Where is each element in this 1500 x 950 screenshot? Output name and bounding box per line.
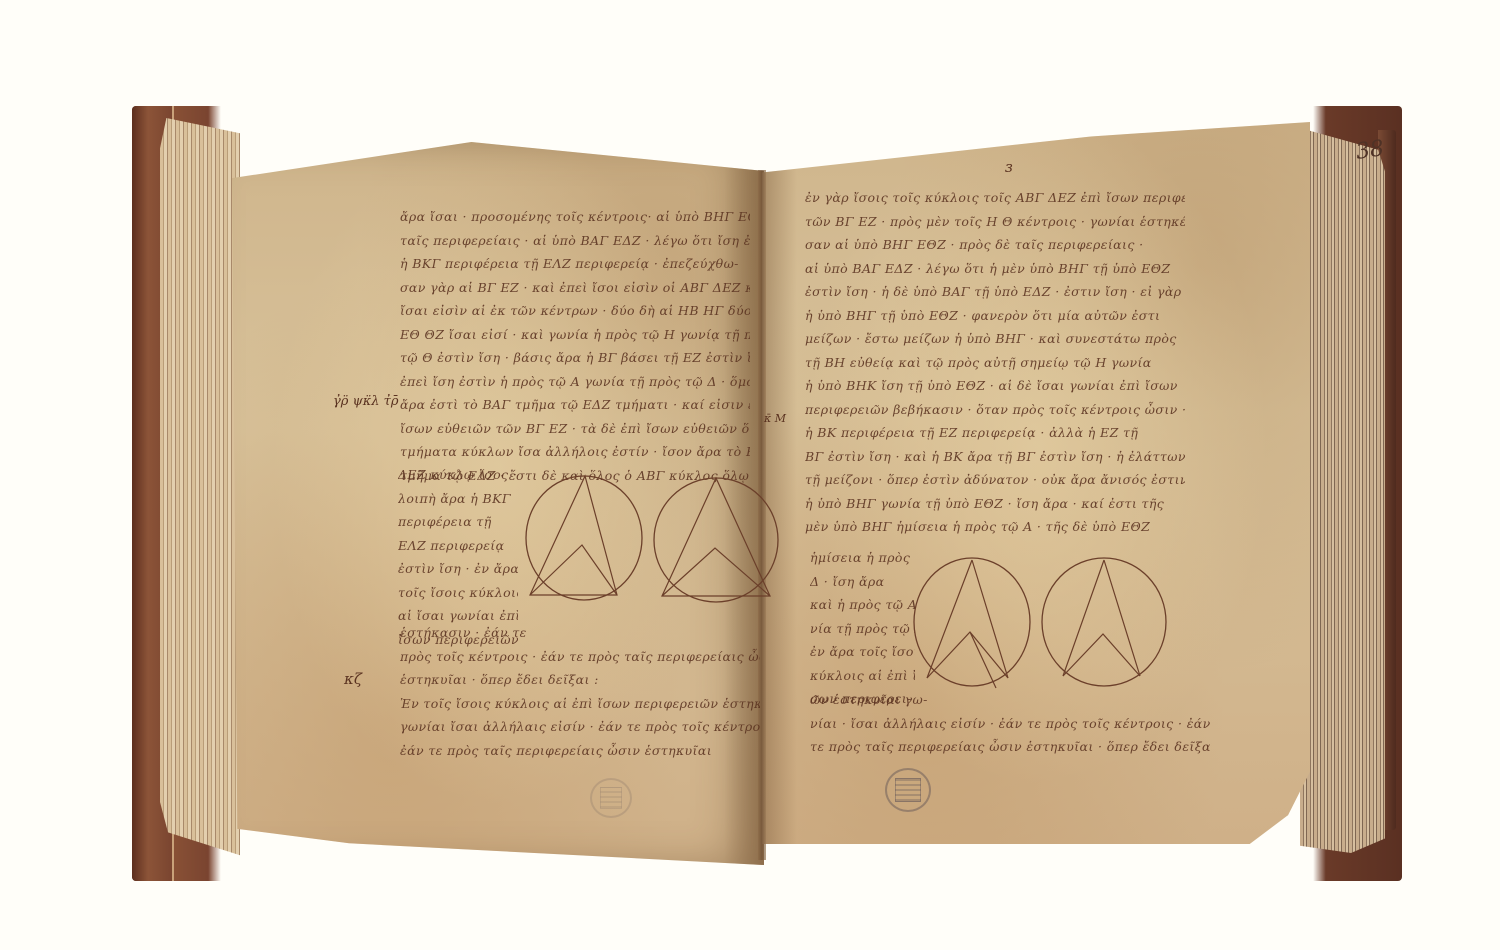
- text-line: ΒΓ ἐστὶν ἴση · καὶ ἡ ΒΚ ἄρα τῇ ΒΓ ἐστὶν …: [805, 445, 1185, 469]
- right-text-top: ἐν γὰρ ἴσοις τοῖς κύκλοις τοῖς ΑΒΓ ΔΕΖ ἐ…: [805, 186, 1185, 539]
- left-diagram-1: [522, 470, 647, 605]
- text-line: μὲν ὑπὸ ΒΗΓ ἡμίσεια ἡ πρὸς τῷ Α · τῆς δὲ…: [805, 515, 1185, 539]
- text-line: τε πρὸς ταῖς περιφερείαις ὦσιν ἑστηκυῖαι…: [810, 735, 1210, 759]
- right-text-narrow: ἡμίσεια ἡ πρὸς τῷ Δ · ἴση ἄρα καὶ ἡ πρὸς…: [810, 546, 915, 711]
- text-line: μείζων · ἔστω μείζων ἡ ὑπὸ ΒΗΓ · καὶ συν…: [805, 327, 1185, 351]
- text-line: τμήματα κύκλων ἴσα ἀλλήλοις ἐστίν · ἴσον…: [400, 440, 750, 464]
- text-line: Ἐν τοῖς ἴσοις κύκλοις αἱ ἐπὶ ἴσων περιφε…: [400, 692, 760, 716]
- text-line: λοιπὴ ἄρα ἡ ΒΚΓ: [398, 487, 518, 511]
- text-line: ἡ ΒΚ περιφέρεια τῇ ΕΖ περιφερείᾳ · ἀλλὰ …: [805, 421, 1185, 445]
- text-line: ἐν ἄρα τοῖς ἴσοις: [810, 640, 915, 664]
- text-line: ΕΘ ΘΖ ἴσαι εἰσί · καὶ γωνία ἡ πρὸς τῷ Η …: [400, 323, 750, 347]
- manuscript-photo: ἄρα ἴσαι · προσομένης τοῖς κέντροις· αἱ …: [0, 0, 1500, 950]
- text-line: ἐστὶν ἴση · ἡ δὲ ὑπὸ ΒΑΓ τῇ ὑπὸ ΕΔΖ · ἐσ…: [805, 280, 1185, 304]
- left-text-bottom: ἑστήκασιν · ἐάν τε πρὸς τοῖς κέντροις · …: [400, 621, 760, 762]
- text-line: ἡμίσεια ἡ πρὸς τῷ: [810, 546, 915, 570]
- text-line: ταῖς περιφερείαις · αἱ ὑπὸ ΒΑΓ ΕΔΖ · λέγ…: [400, 229, 750, 253]
- text-line: νία τῇ πρὸς τῷ Δ ·: [810, 617, 915, 641]
- left-text-top: ἄρα ἴσαι · προσομένης τοῖς κέντροις· αἱ …: [400, 205, 750, 487]
- text-line: αἱ ὑπὸ ΒΑΓ ΕΔΖ · λέγω ὅτι ἡ μὲν ὑπὸ ΒΗΓ …: [805, 257, 1185, 281]
- text-line: ἐστὶν ἴση · ἐν ἄρα: [398, 557, 518, 581]
- text-line: γωνίαι ἴσαι ἀλλήλαις εἰσίν · ἐάν τε πρὸς…: [400, 715, 760, 739]
- top-mark: ɜ: [1005, 158, 1013, 176]
- text-line: ἑστήκασιν · ἐάν τε: [400, 621, 760, 645]
- text-line: καὶ ἡ πρὸς τῷ Α γω-: [810, 593, 915, 617]
- text-line: ῶν ἑστηκυῖαι γω-: [810, 688, 1210, 712]
- page-edges-left: [160, 118, 240, 878]
- text-line: κύκλοις αἱ ἐπὶ ἴ-: [810, 664, 915, 688]
- text-line: ἄρα ἐστὶ τὸ ΒΑΓ τμῆμα τῷ ΕΔΖ τμήματι · κ…: [400, 393, 750, 417]
- text-line: πρὸς τοῖς κέντροις · ἐάν τε πρὸς ταῖς πε…: [400, 645, 760, 669]
- text-line: ΕΛΖ περιφερείᾳ: [398, 534, 518, 558]
- left-diagram-2: [652, 472, 780, 607]
- text-line: τοῖς ἴσοις κύκλοις: [398, 581, 518, 605]
- text-line: ἐάν τε πρὸς ταῖς περιφερείαις ὦσιν ἑστηκ…: [400, 739, 760, 763]
- faded-stamp-icon: [590, 778, 632, 818]
- proposition-number: κζ: [344, 670, 362, 688]
- text-line: τῷ Θ ἐστὶν ἴση · βάσις ἄρα ἡ ΒΓ βάσει τῇ…: [400, 346, 750, 370]
- text-line: ἴσων εὐθειῶν τῶν ΒΓ ΕΖ · τὰ δὲ ἐπὶ ἴσων …: [400, 417, 750, 441]
- folio-number: 38: [1354, 136, 1385, 165]
- text-line: σαν αἱ ὑπὸ ΒΗΓ ΕΘΖ · πρὸς δὲ ταῖς περιφε…: [805, 233, 1185, 257]
- text-line: περιφέρεια τῇ: [398, 510, 518, 534]
- text-line: περιφερειῶν βεβήκασιν · ὅταν πρὸς τοῖς κ…: [805, 398, 1185, 422]
- library-stamp-icon: [885, 768, 931, 812]
- text-line: ἐν γὰρ ἴσοις τοῖς κύκλοις τοῖς ΑΒΓ ΔΕΖ ἐ…: [805, 186, 1185, 210]
- right-diagram-1: [912, 550, 1034, 690]
- text-line: ἡ ὑπὸ ΒΗΚ ἴση τῇ ὑπὸ ΕΘΖ · αἱ δὲ ἴσαι γω…: [805, 374, 1185, 398]
- right-diagram-2: [1040, 550, 1170, 690]
- text-line: τῇ μείζονι · ὅπερ ἐστὶν ἀδύνατον · οὐκ ἄ…: [805, 468, 1185, 492]
- text-line: τῇ ΒΗ εὐθείᾳ καὶ τῷ πρὸς αὐτῇ σημείῳ τῷ …: [805, 351, 1185, 375]
- text-line: σαν γὰρ αἱ ΒΓ ΕΖ · καὶ ἐπεὶ ἴσοι εἰσὶν ο…: [400, 276, 750, 300]
- text-line: ἡ ὑπὸ ΒΗΓ γωνία τῇ ὑπὸ ΕΘΖ · ἴση ἄρα · κ…: [805, 492, 1185, 516]
- text-line: ἐπεὶ ἴση ἐστὶν ἡ πρὸς τῷ Α γωνία τῇ πρὸς…: [400, 370, 750, 394]
- text-line: ἡ ὑπὸ ΒΗΓ τῇ ὑπὸ ΕΘΖ · φανερὸν ὅτι μία α…: [805, 304, 1185, 328]
- text-line: τῶν ΒΓ ΕΖ · πρὸς μὲν τοῖς Η Θ κέντροις ·…: [805, 210, 1185, 234]
- text-line: ἄρα ἴσαι · προσομένης τοῖς κέντροις· αἱ …: [400, 205, 750, 229]
- text-line: ἴσαι εἰσὶν αἱ ἐκ τῶν κέντρων · δύο δὴ αἱ…: [400, 299, 750, 323]
- page-edges-right: [1300, 128, 1385, 853]
- text-line: ἑστηκυῖαι · ὅπερ ἔδει δεῖξαι :: [400, 668, 760, 692]
- text-line: Δ · ἴση ἄρα: [810, 570, 915, 594]
- text-line: νίαι · ἴσαι ἀλλήλαις εἰσίν · ἐάν τε πρὸς…: [810, 712, 1210, 736]
- text-line: ἡ ΒΚΓ περιφέρεια τῇ ΕΛΖ περιφερείᾳ · ἐπε…: [400, 252, 750, 276]
- text-line: ΔΕΖ κύκλῳ ἴσος ·: [398, 463, 518, 487]
- right-text-bottom: ῶν ἑστηκυῖαι γω- νίαι · ἴσαι ἀλλήλαις εἰ…: [810, 688, 1210, 759]
- right-marginal-note: κ̄ Μ: [764, 410, 786, 428]
- left-marginal-note: γ̓ρ̈ ψκ̈λ τ̓ρ̄: [333, 393, 398, 411]
